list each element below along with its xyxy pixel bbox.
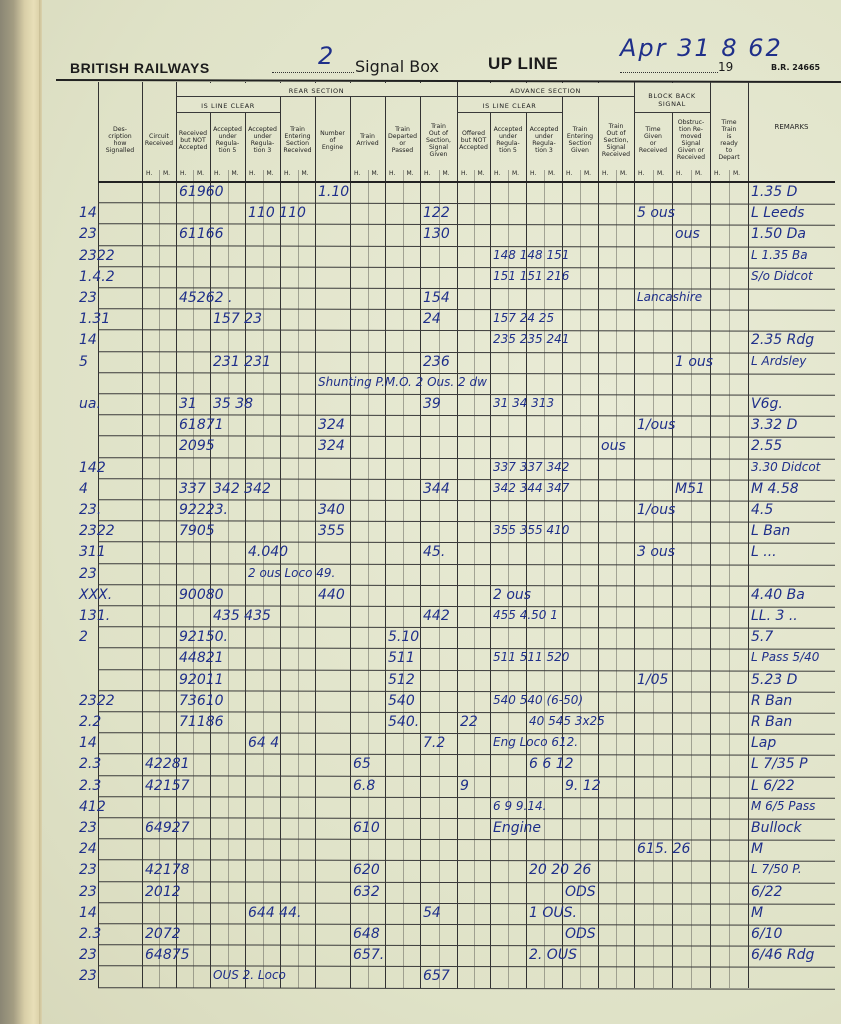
hour-label: H. — [602, 170, 608, 177]
handwritten-entry: L Leeds — [751, 206, 804, 220]
handwritten-entry: 2.3 — [79, 927, 101, 941]
handwritten-entry: 2 — [79, 630, 88, 644]
handwritten-entry: 1/ous — [637, 418, 675, 432]
handwritten-entry: 511 511 520 — [493, 651, 569, 663]
handwritten-entry: 2.3 — [79, 779, 101, 793]
handwritten-entry: 148 148 151 — [493, 249, 569, 261]
handwritten-entry: 23 — [79, 291, 97, 305]
handwritten-entry: 45262 . — [179, 291, 232, 305]
handwritten-entry: 342 342 — [213, 482, 271, 496]
minute-label: M. — [548, 170, 555, 177]
handwritten-entry: 44821 — [179, 651, 224, 665]
column-divider — [598, 82, 599, 988]
column-header-circuit: Circuit Received — [142, 133, 176, 147]
handwritten-entry: 342 344 347 — [493, 482, 569, 494]
handwritten-entry: 6/10 — [751, 927, 782, 941]
column-header-a_acc3: Accepted under Regula- tion 3 — [526, 126, 562, 154]
handwritten-entry: LL. 3 .. — [751, 609, 798, 623]
handwritten-entry: 644 44. — [248, 906, 301, 920]
handwritten-entry: 130 — [423, 227, 450, 241]
handwritten-entry: 2 ous Loco 49. — [248, 567, 335, 579]
column-header-r_enter: Train Entering Section Received — [280, 126, 315, 154]
minute-label: M. — [163, 170, 170, 177]
handwritten-entry: 61960 — [179, 185, 224, 199]
handwritten-entry: M 4.58 — [751, 482, 799, 496]
handwritten-entry: 442 — [423, 609, 450, 623]
handwritten-entry: ous — [601, 439, 626, 453]
column-header-a_enter: Train Entering Section Given — [562, 126, 598, 154]
handwritten-entry: 235 235 241 — [493, 333, 569, 345]
handwritten-entry: 110 110 — [248, 206, 306, 220]
handwritten-entry: 6 9 9.14. — [493, 800, 546, 812]
handwritten-entry: 24 — [423, 312, 441, 326]
handwritten-entry: OUS 2. Loco — [213, 969, 286, 981]
column-header-bb_time: Time Given or Received — [634, 126, 672, 154]
handwritten-entry: 7.2 — [423, 736, 445, 750]
hour-label: H. — [146, 170, 152, 177]
advance-is-line-clear-rule — [457, 112, 562, 113]
column-divider — [748, 82, 749, 988]
handwritten-entry: 236 — [423, 355, 450, 369]
column-header-a_acc5: Accepted under Regula- tion 5 — [490, 126, 526, 154]
minute-label: M. — [478, 170, 485, 177]
handwritten-entry: 64 4 — [248, 736, 279, 750]
hour-label: H. — [284, 170, 290, 177]
handwritten-entry: 2012 — [145, 885, 181, 899]
handwritten-entry: 14 — [79, 736, 97, 750]
handwritten-entry: M — [751, 906, 763, 920]
handwritten-entry: 1.50 Da — [751, 227, 806, 241]
column-header-arrived: Train Arrived — [350, 133, 385, 147]
column-divider — [176, 82, 177, 988]
box-number-dotted-line — [272, 72, 354, 73]
column-header-r_notacc: Received but NOT Accepted — [176, 130, 210, 151]
handwritten-entry: 9. 12 — [565, 779, 601, 793]
handwritten-entry: L Ardsley — [751, 355, 806, 367]
register-title: BRITISH RAILWAYS — [70, 60, 210, 76]
column-divider — [634, 82, 635, 988]
box-number: 2 — [318, 44, 333, 68]
handwritten-entry: 14 — [79, 333, 97, 347]
handwritten-entry: 1/ous — [637, 503, 675, 517]
rear-section-label: REAR SECTION — [176, 87, 457, 95]
handwritten-entry: 632 — [353, 885, 380, 899]
hour-label: H. — [494, 170, 500, 177]
minute-label: M. — [733, 170, 740, 177]
column-divider — [245, 82, 246, 988]
handwritten-entry: 61871 — [179, 418, 224, 432]
handwritten-entry: 311 — [79, 545, 106, 559]
handwritten-entry: ous — [675, 227, 700, 241]
handwritten-entry: 22 — [460, 715, 478, 729]
handwritten-entry: 23 — [79, 567, 97, 581]
minute-label: M. — [302, 170, 309, 177]
handwritten-entry: 23 — [79, 948, 97, 962]
handwritten-entry: 157 24 25 — [493, 312, 554, 324]
column-divider — [385, 82, 386, 988]
handwritten-entry: 92150. — [179, 630, 228, 644]
hour-label: H. — [638, 170, 644, 177]
column-header-desc: Des- cription how Signalled — [98, 126, 142, 154]
column-header-a_offered: Offered but NOT Accepted — [457, 130, 490, 151]
handwritten-entry: 1.10 — [318, 185, 349, 199]
hour-label: H. — [676, 170, 682, 177]
handwritten-entry: 648 — [353, 927, 380, 941]
hour-label: H. — [424, 170, 430, 177]
column-header-a_out: Train Out of Section, Signal Received — [598, 123, 634, 158]
handwritten-entry: 5 ous — [637, 206, 675, 220]
minute-label: M. — [267, 170, 274, 177]
handwritten-entry: 6 6 12 — [529, 757, 574, 771]
book-page-edges — [0, 0, 45, 1024]
hour-label: H. — [530, 170, 536, 177]
hour-label: H. — [461, 170, 467, 177]
handwritten-entry: Lancashire — [637, 291, 702, 303]
column-divider — [142, 82, 143, 988]
handwritten-entry: 45. — [423, 545, 445, 559]
handwritten-entry: 40 545 3x25 — [529, 715, 605, 727]
handwritten-entry: ua. — [79, 397, 101, 411]
date-handwritten: Apr 31 8 62 — [620, 36, 783, 60]
handwritten-entry: 512 — [388, 673, 415, 687]
handwritten-entry: V6g. — [751, 397, 783, 411]
handwritten-entry: 42157 — [145, 779, 190, 793]
hour-label: H. — [566, 170, 572, 177]
handwritten-entry: 122 — [423, 206, 450, 220]
handwritten-entry: 4.5 — [751, 503, 773, 517]
handwritten-entry: 23 — [79, 821, 97, 835]
handwritten-entry: 657 — [423, 969, 450, 983]
handwritten-entry: 71186 — [179, 715, 224, 729]
handwritten-entry: 2. OUS — [529, 948, 577, 962]
handwritten-entry: 54 — [423, 906, 441, 920]
minute-label: M. — [695, 170, 702, 177]
handwritten-entry: 440 — [318, 588, 345, 602]
handwritten-entry: 610 — [353, 821, 380, 835]
column-header-r_acc5: Accepted under Regula- tion 5 — [210, 126, 245, 154]
column-header-r_out: Train Out of Section, Signal Given — [420, 123, 457, 158]
handwritten-entry: 2.2 — [79, 715, 101, 729]
handwritten-entry: 615. 26 — [637, 842, 690, 856]
hour-label: H. — [180, 170, 186, 177]
column-divider — [457, 82, 458, 988]
handwritten-entry: 157 23 — [213, 312, 262, 326]
handwritten-entry: 340 — [318, 503, 345, 517]
handwritten-entry: 337 337 342 — [493, 461, 569, 473]
handwritten-entry: 9 — [460, 779, 469, 793]
handwritten-entry: 1 OUS. — [529, 906, 577, 920]
handwritten-entry: 23 — [79, 885, 97, 899]
handwritten-entry: 540 540 (6-50) — [493, 694, 583, 706]
column-divider — [315, 82, 316, 988]
column-divider — [420, 82, 421, 988]
handwritten-entry: 2 ous — [493, 588, 531, 602]
handwritten-entry: 6/46 Rdg — [751, 948, 814, 962]
handwritten-entry: 64927 — [145, 821, 190, 835]
handwritten-entry: M51 — [675, 482, 705, 496]
minute-label: M. — [620, 170, 627, 177]
handwritten-entry: L 6/22 — [751, 779, 795, 793]
advance-section-label: ADVANCE SECTION — [457, 87, 634, 95]
handwritten-entry: 42281 — [145, 757, 190, 771]
hour-label: H. — [249, 170, 255, 177]
handwritten-entry: M 6/5 Pass — [751, 800, 815, 812]
handwritten-entry: 5.10 — [388, 630, 419, 644]
handwritten-entry: 2095 — [179, 439, 215, 453]
handwritten-entry: 412 — [79, 800, 106, 814]
handwritten-entry: 324 — [318, 418, 345, 432]
handwritten-entry: 23 — [79, 227, 97, 241]
minute-label: M. — [407, 170, 414, 177]
handwritten-entry: 73610 — [179, 694, 224, 708]
handwritten-entry: 65 — [353, 757, 371, 771]
handwritten-entry: 23 — [79, 863, 97, 877]
year-prefix: 19 — [718, 60, 733, 74]
header-bottom-rule — [98, 181, 835, 183]
handwritten-entry: 344 — [423, 482, 450, 496]
handwritten-entry: 151 151 216 — [493, 270, 569, 282]
handwritten-entry: 1 ous — [675, 355, 713, 369]
handwritten-entry: R Ban — [751, 694, 792, 708]
handwritten-entry: Engine — [493, 821, 541, 835]
rear-is-line-clear-rule — [176, 112, 280, 113]
minute-label: M. — [512, 170, 519, 177]
handwritten-entry: S/o Didcot — [751, 270, 813, 282]
handwritten-entry: Bullock — [751, 821, 802, 835]
handwritten-entry: Lap — [751, 736, 776, 750]
hm-divider — [508, 170, 509, 988]
handwritten-entry: 61166 — [179, 227, 224, 241]
hour-label: H. — [389, 170, 395, 177]
handwritten-entry: 5.7 — [751, 630, 773, 644]
handwritten-entry: 5.23 D — [751, 673, 797, 687]
column-header-r_acc3: Accepted under Regula- tion 3 — [245, 126, 280, 154]
handwritten-entry: 337 — [179, 482, 206, 496]
handwritten-entry: 23. — [79, 503, 101, 517]
handwritten-entry: 1/05 — [637, 673, 668, 687]
date-dotted-line — [620, 72, 718, 73]
handwritten-entry: 92011 — [179, 673, 224, 687]
handwritten-entry: 31 34 313 — [493, 397, 554, 409]
minute-label: M. — [443, 170, 450, 177]
handwritten-entry: 23 — [79, 969, 97, 983]
minute-label: M. — [232, 170, 239, 177]
handwritten-entry: 540 — [388, 694, 415, 708]
handwritten-entry: 42178 — [145, 863, 190, 877]
column-divider — [490, 82, 491, 988]
handwritten-entry: 142 — [79, 461, 106, 475]
handwritten-entry: 4 — [79, 482, 88, 496]
handwritten-entry: 540. — [388, 715, 419, 729]
handwritten-entry: 2.35 Rdg — [751, 333, 814, 347]
handwritten-entry: 1.4.2 — [79, 270, 115, 284]
handwritten-entry: L 7/35 P — [751, 757, 808, 771]
minute-label: M. — [584, 170, 591, 177]
handwritten-entry: 2322 — [79, 249, 115, 263]
handwritten-entry: L Ban — [751, 524, 790, 538]
handwritten-entry: 90080 — [179, 588, 224, 602]
hour-label: H. — [214, 170, 220, 177]
handwritten-entry: 6/22 — [751, 885, 782, 899]
handwritten-entry: 39 — [423, 397, 441, 411]
handwritten-entry: M — [751, 842, 763, 856]
handwritten-entry: L Pass 5/40 — [751, 651, 819, 663]
handwritten-entry: R Ban — [751, 715, 792, 729]
handwritten-entry: 1.35 D — [751, 185, 797, 199]
handwritten-entry: 657. — [353, 948, 384, 962]
handwritten-entry: 324 — [318, 439, 345, 453]
handwritten-entry: 92223. — [179, 503, 228, 517]
line-label: UP LINE — [488, 54, 558, 74]
handwritten-entry: 355 355 410 — [493, 524, 569, 536]
handwritten-entry: 1.31 — [79, 312, 110, 326]
minute-label: M. — [197, 170, 204, 177]
handwritten-entry: L 7/50 P. — [751, 863, 802, 875]
hour-label: H. — [714, 170, 720, 177]
handwritten-entry: L ... — [751, 545, 777, 559]
handwritten-entry: 7905 — [179, 524, 215, 538]
handwritten-entry: 35 38 — [213, 397, 253, 411]
handwritten-entry: 3.32 D — [751, 418, 797, 432]
handwritten-entry: 3 ous — [637, 545, 675, 559]
handwritten-entry: 2072 — [145, 927, 181, 941]
column-divider — [710, 82, 711, 988]
handwritten-entry: XXX. — [79, 588, 112, 602]
handwritten-entry: L 1.35 Ba — [751, 249, 808, 261]
handwritten-entry: ODS — [565, 927, 596, 941]
handwritten-entry: 154 — [423, 291, 450, 305]
hm-divider — [729, 170, 730, 988]
form-number: B.R. 24665 — [771, 63, 820, 72]
handwritten-entry: 231 231 — [213, 355, 271, 369]
handwritten-entry: 511 — [388, 651, 415, 665]
handwritten-entry: 4.040 — [248, 545, 288, 559]
hour-label: H. — [354, 170, 360, 177]
hm-divider — [616, 170, 617, 988]
handwritten-entry: 24 — [79, 842, 97, 856]
handwritten-entry: 20 20 26 — [529, 863, 591, 877]
block-back-label: BLOCK BACK SIGNAL — [634, 92, 710, 108]
column-header-remarks: REMARKS — [748, 124, 835, 131]
handwritten-entry: 31 — [179, 397, 197, 411]
handwritten-entry: 5 — [79, 355, 88, 369]
handwritten-entry: 435 435 — [213, 609, 271, 623]
handwritten-entry: 2322 — [79, 524, 115, 538]
column-divider — [350, 82, 351, 988]
handwritten-entry: 620 — [353, 863, 380, 877]
handwritten-entry: 131. — [79, 609, 110, 623]
handwritten-entry: 2322 — [79, 694, 115, 708]
handwritten-entry: ODS — [565, 885, 596, 899]
signal-box-label: Signal Box — [355, 57, 439, 76]
handwritten-entry: 2.55 — [751, 439, 782, 453]
minute-label: M. — [657, 170, 664, 177]
handwritten-entry: 14 — [79, 906, 97, 920]
block-back-rule — [634, 112, 710, 113]
handwritten-entry: Shunting P.M.O. 2 Ous. 2 dw — [318, 376, 487, 388]
handwritten-entry: 455 4.50 1 — [493, 609, 558, 621]
advance-is-line-clear-label: IS LINE CLEAR — [457, 102, 562, 110]
rear-is-line-clear-label: IS LINE CLEAR — [176, 102, 280, 110]
minute-label: M. — [372, 170, 379, 177]
handwritten-entry: 6.8 — [353, 779, 375, 793]
column-header-ready: Time Train is ready to Depart — [710, 119, 748, 161]
handwritten-entry: 355 — [318, 524, 345, 538]
handwritten-entry: 14 — [79, 206, 97, 220]
handwritten-entry: Eng Loco 612. — [493, 736, 578, 748]
handwritten-entry: 3.30 Didcot — [751, 461, 820, 473]
handwritten-entry: 64875 — [145, 948, 190, 962]
column-header-engine: Number of Engine — [315, 130, 350, 151]
column-header-departed: Train Departed or Passed — [385, 126, 420, 154]
handwritten-entry: 4.40 Ba — [751, 588, 805, 602]
hm-divider — [474, 170, 475, 988]
column-header-bb_obst: Obstruc- tion Re- moved Signal Given or … — [672, 119, 710, 161]
handwritten-entry: 2.3 — [79, 757, 101, 771]
hm-divider — [403, 170, 404, 988]
